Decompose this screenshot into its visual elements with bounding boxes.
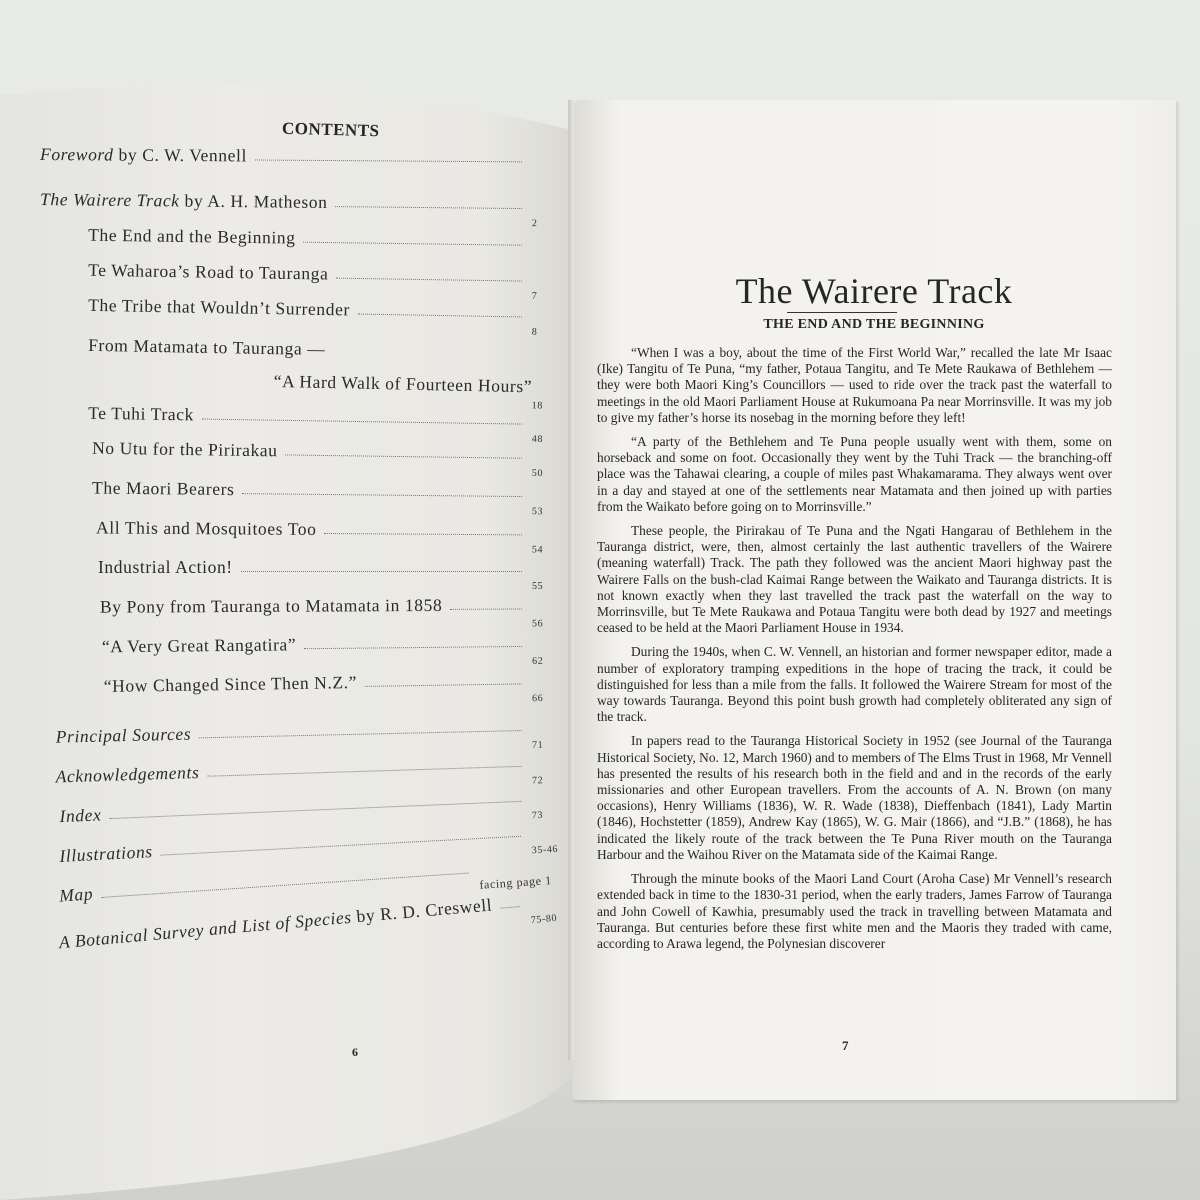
toc-entry-text: All This and Mosquitoes Too [96,517,317,539]
toc-entry: Industrial Action!55 [40,548,560,578]
toc-entry-title: From Matamata to Tauranga — [88,335,326,360]
toc-entry: Foreword by C. W. Vennell [40,135,560,169]
toc-entry: The Maori Bearers53 [40,468,560,503]
toc-entry-text: The End and the Beginning [88,225,296,248]
dot-leader [450,607,522,609]
toc-entry-title: No Utu for the Pirirakau [92,438,278,462]
toc-entry-italic: Map [59,883,94,905]
dot-leader [242,492,522,497]
toc-entry-title: Industrial Action! [98,557,233,578]
toc-entry: The Wairere Track by A. H. Matheson2 [40,180,560,215]
chapter-title: The Wairere Track [572,270,1176,312]
toc-entry-text: From Matamata to Tauranga — [88,335,326,359]
dot-leader [335,205,522,209]
toc-entry-text: “How Changed Since Then N.Z.” [104,672,358,696]
toc-entry: “A Very Great Rangatira”62 [40,623,560,658]
paragraph: These people, the Pirirakau of Te Puna a… [597,523,1112,636]
book-spine [568,100,574,1060]
toc-entry-italic: Illustrations [59,841,153,866]
toc-entry-title: Acknowledgements [55,762,199,788]
toc-entry-title: “A Very Great Rangatira” [102,634,297,657]
dot-leader [199,729,522,738]
dot-leader [304,241,523,246]
toc-entry-text: by C. W. Vennell [114,145,247,166]
toc-entry-title: Map [59,883,94,906]
dot-leader [241,570,522,572]
toc-entry-text: No Utu for the Pirirakau [92,438,278,461]
toc-entry-title: All This and Mosquitoes Too [96,517,317,540]
toc-entry-italic: Foreword [40,144,114,165]
toc-entry-text: “A Very Great Rangatira” [102,634,297,656]
dot-leader [365,682,522,686]
title-divider [787,312,897,313]
toc-entry-text: by A. H. Matheson [180,190,328,212]
toc-entry-italic: Principal Sources [56,724,192,747]
section-heading: THE END AND THE BEGINNING [572,317,1176,333]
toc-entry-text: Industrial Action! [98,557,233,577]
toc-entry-title: The End and the Beginning [88,225,296,249]
toc-entry-title: Principal Sources [56,724,192,748]
toc-entry-text: Te Tuhi Track [88,403,194,425]
toc-entry-text: The Maori Bearers [92,478,235,499]
toc-entry-text: The Tribe that Wouldn’t Surrender [88,295,350,320]
toc-entry-title: The Wairere Track by A. H. Matheson [40,189,328,213]
toc-entry-text: Te Waharoa’s Road to Tauranga [88,260,329,284]
paragraph: Through the minute books of the Maori La… [597,871,1112,952]
toc-entry-title: “How Changed Since Then N.Z.” [104,672,358,697]
body-text: “When I was a boy, about the time of the… [597,345,1112,960]
dot-leader [286,453,523,458]
dot-leader [255,159,522,163]
dot-leader [202,418,522,425]
dot-leader [324,532,522,535]
toc-entry-title: The Maori Bearers [92,478,235,500]
paragraph: “When I was a boy, about the time of the… [597,345,1112,426]
toc-entry: By Pony from Tauranga to Matamata in 185… [40,585,560,618]
toc-entry-italic: Acknowledgements [55,762,199,787]
toc-entry-text: By Pony from Tauranga to Matamata in 185… [100,595,442,617]
toc-entry-title: By Pony from Tauranga to Matamata in 185… [100,595,442,618]
paragraph: “A party of the Bethlehem and Te Puna pe… [597,434,1112,515]
paragraph: In papers read to the Tauranga Historica… [597,733,1112,863]
dot-leader [500,905,519,909]
toc-page-number: 66 [532,693,560,704]
toc-entry-text: “A Hard Walk of Fourteen Hours” [274,371,533,396]
page-number-left: 6 [352,1045,358,1060]
dot-leader [358,313,522,318]
toc-entry-title: Te Tuhi Track [88,403,194,426]
toc-entry: All This and Mosquitoes Too54 [40,508,560,542]
dot-leader [304,645,522,649]
page-number-right: 7 [842,1038,849,1054]
paragraph: During the 1940s, when C. W. Vennell, an… [597,644,1112,725]
dot-leader [336,277,522,282]
toc-entry-title: Foreword by C. W. Vennell [40,144,247,166]
toc-entry-italic: The Wairere Track [40,189,180,210]
right-page: The Wairere Track THE END AND THE BEGINN… [572,100,1176,1100]
toc-entry-title: Index [59,804,102,827]
toc-entry-title: Te Waharoa’s Road to Tauranga [88,260,329,285]
toc-entry-italic: Index [59,804,102,826]
